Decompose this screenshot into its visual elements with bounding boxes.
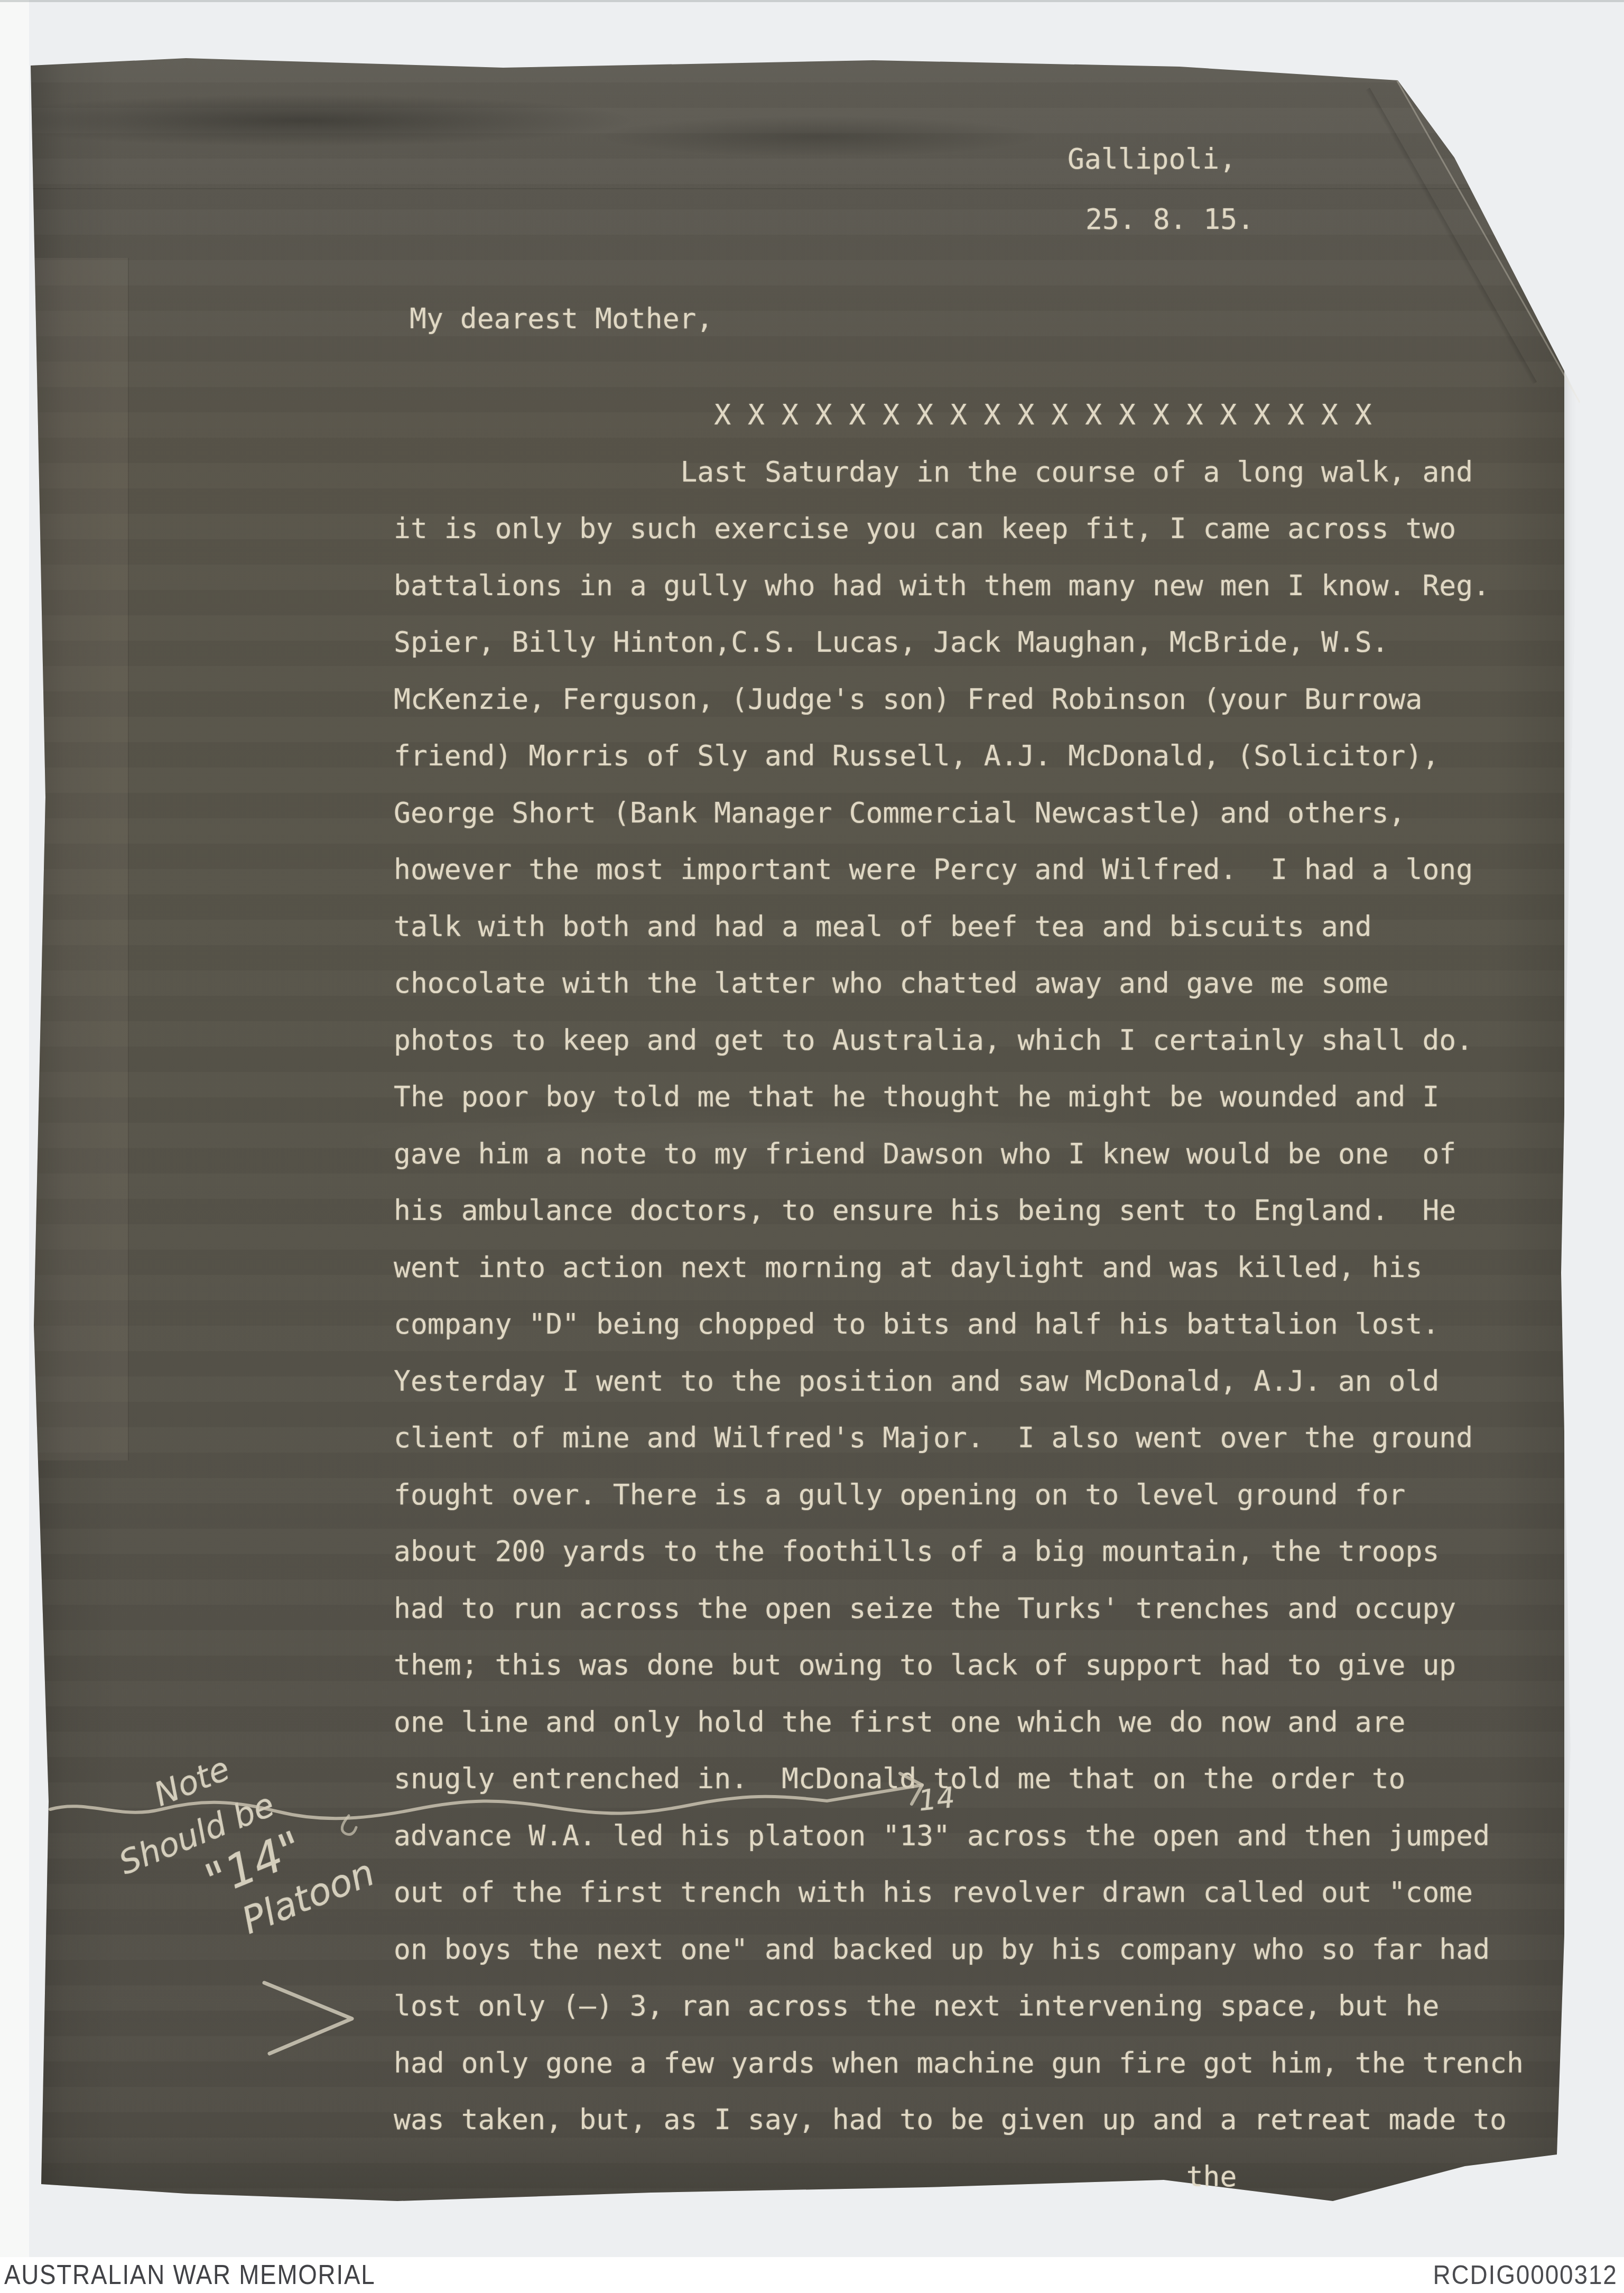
footer-reference-id: RCDIG0000312 — [1433, 2257, 1618, 2293]
letter-line: on boys the next one" and backed up by h… — [394, 1921, 1524, 1978]
letter-line: had to run across the open seize the Tur… — [394, 1580, 1524, 1638]
letter-line: gave him a note to my friend Dawson who … — [394, 1126, 1524, 1183]
footer-source-label: AUSTRALIAN WAR MEMORIAL — [4, 2257, 375, 2293]
letter-line: lost only (—) 3, ran across the next int… — [394, 1978, 1524, 2035]
letter-line: it is only by such exercise you can keep… — [394, 501, 1524, 558]
footer-band: AUSTRALIAN WAR MEMORIAL RCDIG0000312 — [0, 2257, 1624, 2293]
letter-line: photos to keep and get to Australia, whi… — [394, 1012, 1524, 1069]
platoon-number-correction: 14 — [917, 1781, 957, 1818]
letter-line: client of mine and Wilfred's Major. I al… — [394, 1410, 1524, 1467]
letter-line: out of the first trench with his revolve… — [394, 1864, 1524, 1921]
letter-line: them; this was done but owing to lack of… — [394, 1637, 1524, 1694]
letter-line: went into action next morning at dayligh… — [394, 1240, 1524, 1297]
letter-line: battalions in a gully who had with them … — [394, 558, 1524, 615]
letter-line: McKenzie, Ferguson, (Judge's son) Fred R… — [394, 671, 1524, 728]
letter-line: however the most important were Percy an… — [394, 842, 1524, 899]
letter-line: fought over. There is a gully opening on… — [394, 1467, 1524, 1524]
letter-line: friend) Morris of Sly and Russell, A.J. … — [394, 728, 1524, 785]
letter-line: Last Saturday in the course of a long wa… — [394, 444, 1524, 501]
scan-top-edge — [0, 0, 1624, 2]
letter-line: his ambulance doctors, to ensure his bei… — [394, 1182, 1524, 1240]
scanner-edge-strip — [0, 0, 29, 2257]
paper-corner-crease-shadow — [1365, 88, 1537, 384]
margin-note-arrow-icon — [248, 1974, 370, 2064]
letter-line: George Short (Bank Manager Commercial Ne… — [394, 785, 1524, 842]
letter-line: chocolate with the latter who chatted aw… — [394, 955, 1524, 1012]
pencil-underline-arrow — [45, 1752, 996, 1837]
letter-line: Spier, Billy Hinton,C.S. Lucas, Jack Mau… — [394, 614, 1524, 671]
letter-location: Gallipoli, — [1068, 143, 1236, 175]
letter-line: The poor boy told me that he thought he … — [394, 1069, 1524, 1126]
paper-left-fold-strip — [34, 258, 129, 1460]
paper-corner-crease — [1396, 80, 1580, 403]
letter-line: talk with both and had a meal of beef te… — [394, 899, 1524, 956]
letter-line: company "D" being chopped to bits and ha… — [394, 1296, 1524, 1353]
paper-horizontal-crease — [27, 188, 1564, 189]
scanned-letter-page: Gallipoli, 25. 8. 15. My dearest Mother,… — [0, 0, 1624, 2293]
letter-line: the — [394, 2149, 1524, 2206]
letter-line: X X X X X X X X X X X X X X X X X X X X — [394, 387, 1524, 444]
letter-salutation: My dearest Mother, — [410, 303, 713, 335]
letter-date: 25. 8. 15. — [1085, 204, 1254, 236]
letter-line: was taken, but, as I say, had to be give… — [394, 2092, 1524, 2149]
letter-body: X X X X X X X X X X X X X X X X X X X X … — [394, 387, 1524, 2205]
letter-line: one line and only hold the first one whi… — [394, 1694, 1524, 1751]
letter-line: Yesterday I went to the position and saw… — [394, 1353, 1524, 1410]
letter-line: had only gone a few yards when machine g… — [394, 2035, 1524, 2092]
letter-line: about 200 yards to the foothills of a bi… — [394, 1523, 1524, 1580]
